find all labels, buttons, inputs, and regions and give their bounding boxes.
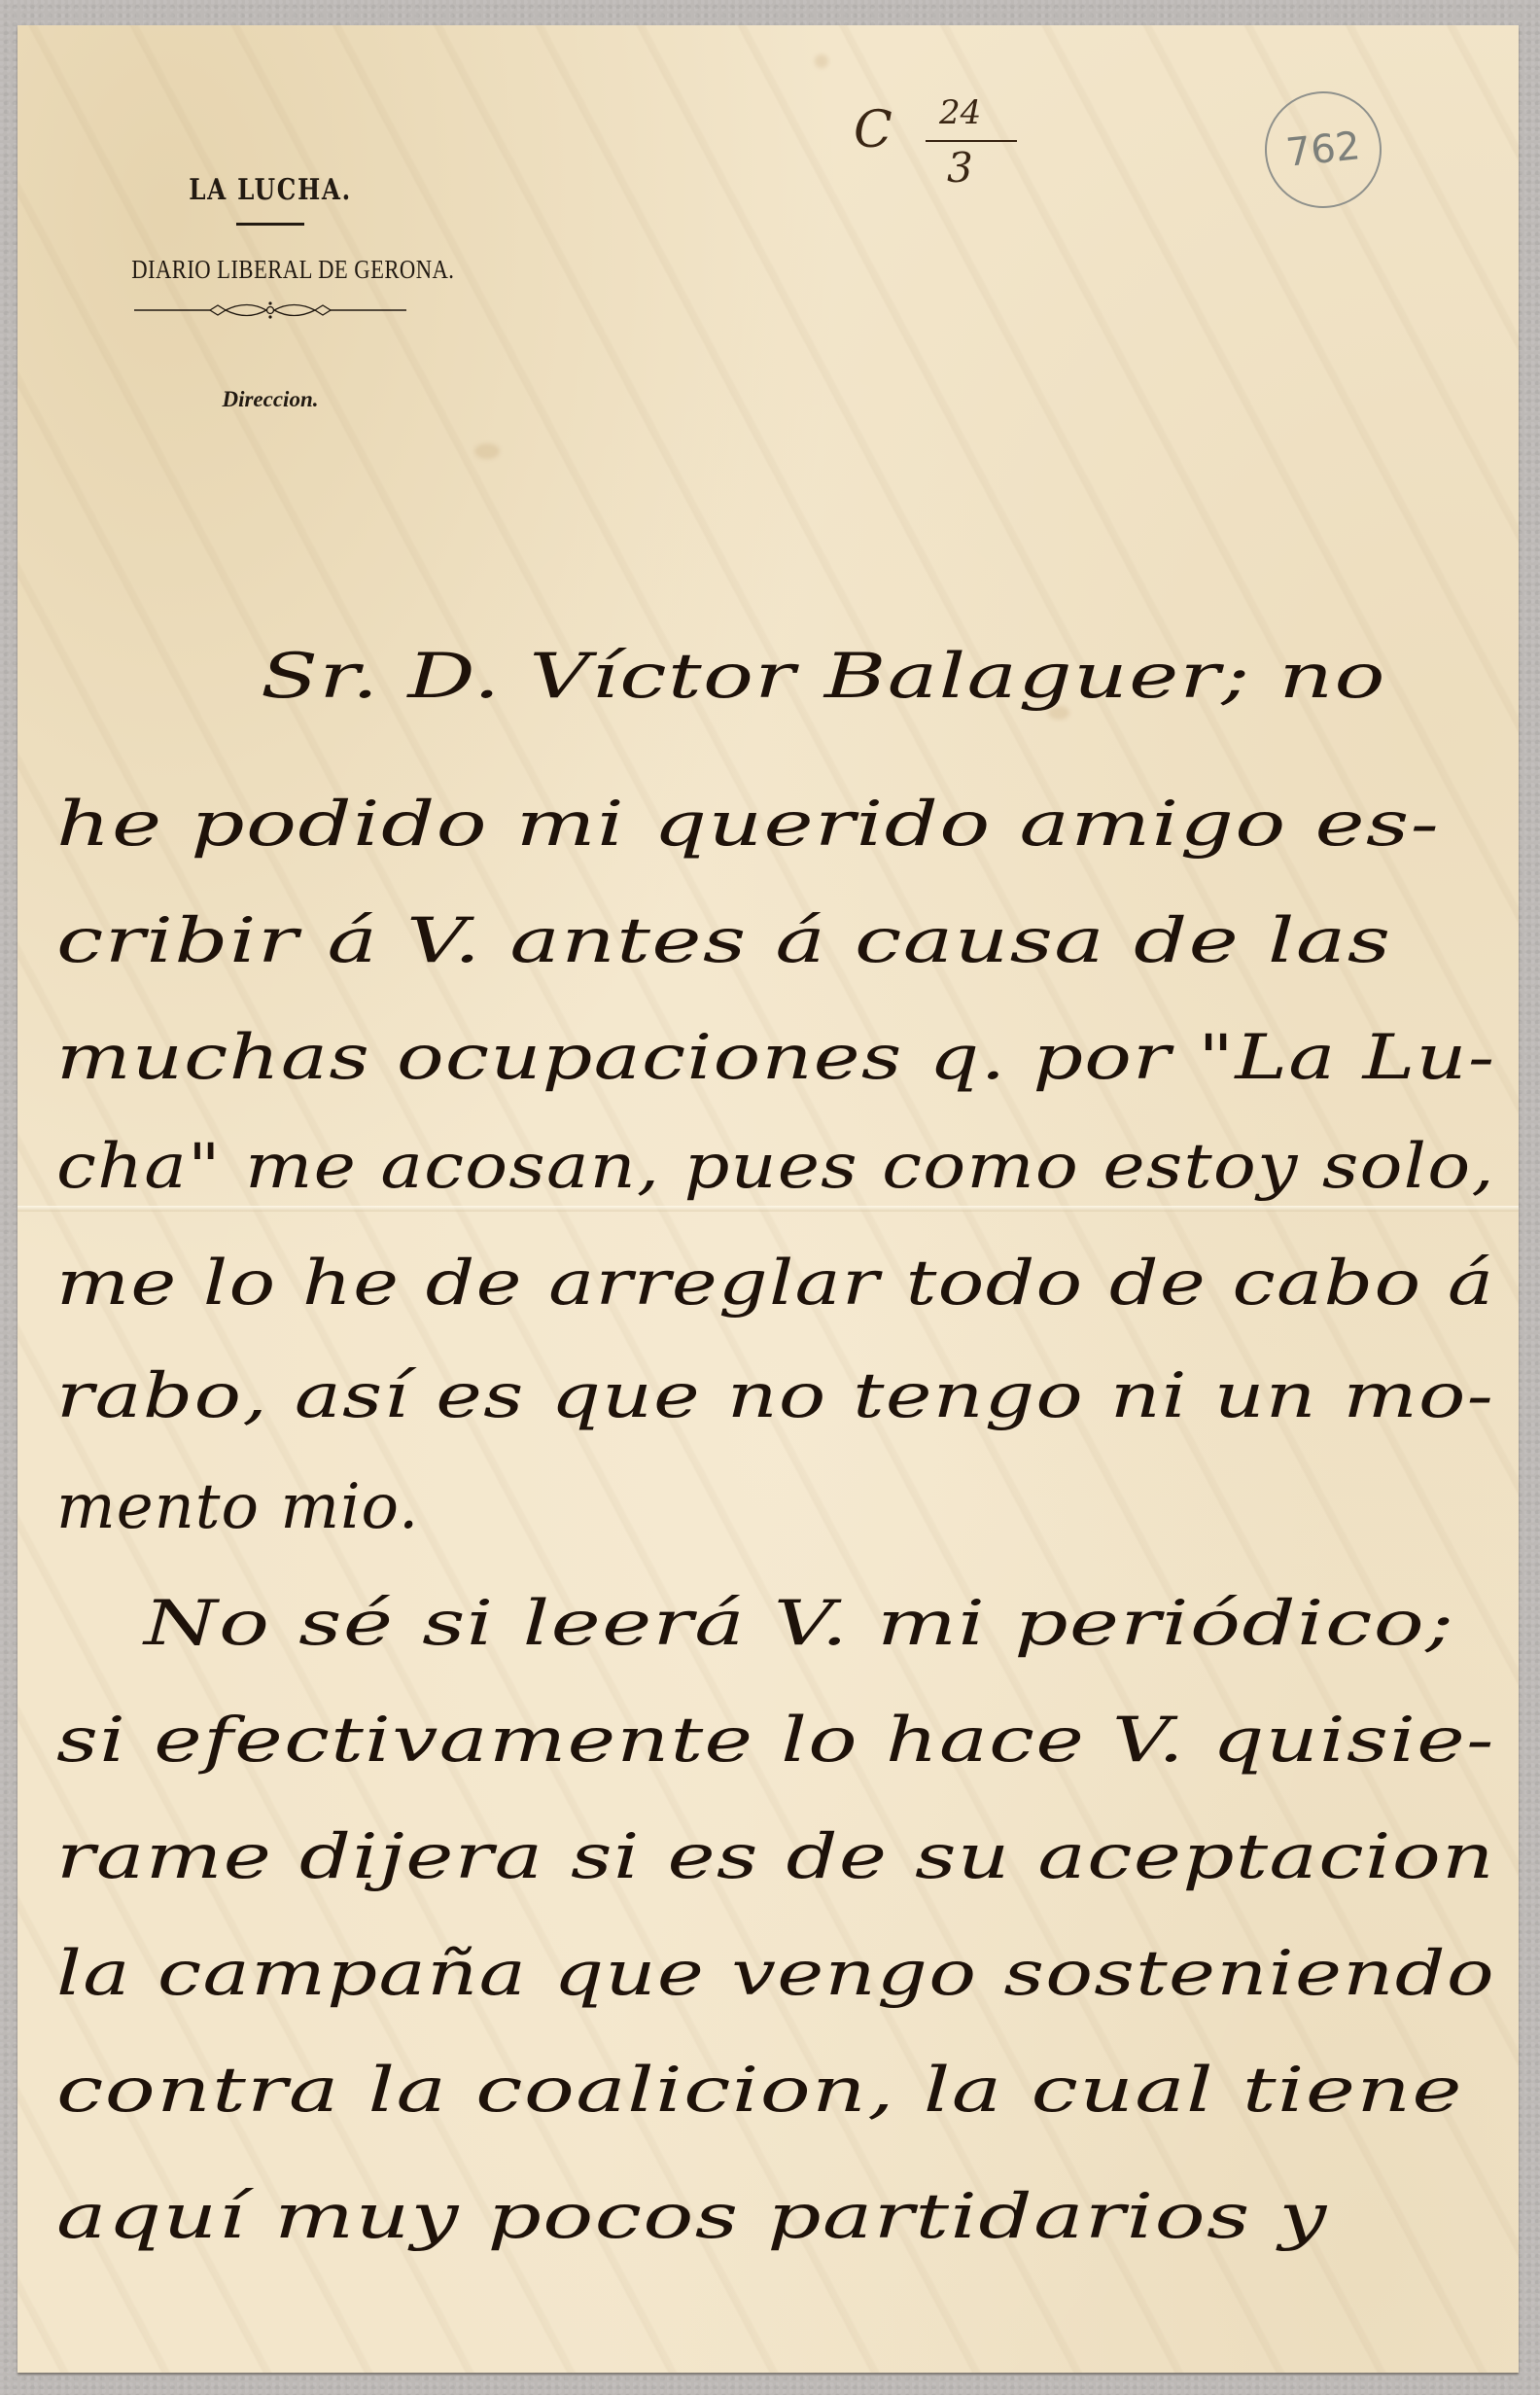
newspaper-subtitle: DIARIO LIBERAL DE GERONA. [131, 255, 409, 285]
shelfmark-number-bottom: 3 [947, 144, 973, 192]
letter-line: aquí muy pocos partidarios y [56, 2186, 1328, 2248]
letter-line-salutation: Sr. D. Víctor Balaguer; no [261, 646, 1386, 708]
shelfmark-letter: C [854, 101, 892, 159]
letter-line: contra la coalicion, la cual tiene [56, 2060, 1463, 2122]
letterhead-section: Direccion. [105, 387, 436, 412]
letter-sheet: LA LUCHA. DIARIO LIBERAL DE GERONA. Dire… [17, 25, 1519, 2373]
letter-line: me lo he de arreglar todo de cabo á [56, 1252, 1494, 1315]
letter-line: cha" me acosan, pues como estoy solo, [56, 1136, 1495, 1198]
foxing-spot [474, 443, 500, 459]
letter-line-paragraph-start: No sé si leerá V. mi periódico; [144, 1593, 1455, 1655]
letter-line: mento mio. [56, 1476, 419, 1538]
letter-line: si efectivamente lo hace V. quisie- [56, 1709, 1495, 1772]
paper-fold-line [17, 1206, 1519, 1212]
letter-line: rabo, así es que no tengo ni un mo- [56, 1365, 1494, 1427]
letter-line: rame dijera si es de su aceptacion [56, 1826, 1495, 1888]
shelfmark-fraction-bar [926, 140, 1017, 142]
newspaper-title: LA LUCHA. [135, 173, 406, 207]
letter-line: he podido mi querido amigo es- [56, 793, 1440, 856]
letter-line: muchas ocupaciones q. por "La Lu- [56, 1027, 1495, 1089]
folio-number-circled: 762 [1259, 86, 1387, 214]
foxing-spot [815, 54, 828, 68]
shelfmark-number-top: 24 [939, 93, 981, 132]
letterhead: LA LUCHA. DIARIO LIBERAL DE GERONA. Dire… [105, 161, 436, 412]
title-rule [236, 223, 304, 226]
letter-line: la campaña que vengo sosteniendo [56, 1943, 1495, 2005]
ornament-divider-icon [134, 300, 406, 320]
archive-shelfmark: C 24 3 [854, 93, 1048, 200]
letter-line: cribir á V. antes á causa de las [56, 910, 1391, 972]
